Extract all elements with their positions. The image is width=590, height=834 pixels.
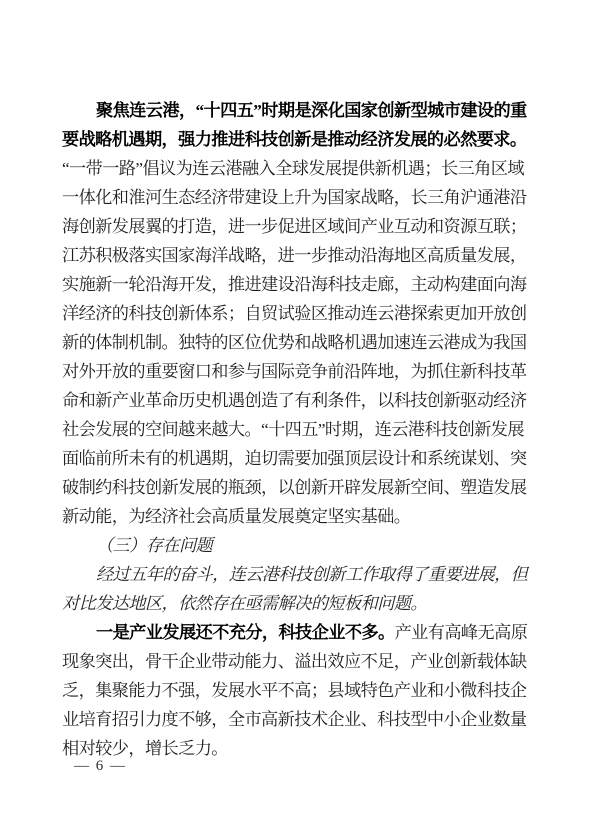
page-footer: — 6 —	[74, 756, 127, 776]
text-line: 一体化和淮河生态经济带建设上升为国家战略，长三角沪通港沿	[62, 183, 530, 212]
document-page: 聚焦连云港，“十四五”时期是深化国家创新型城市建设的重 要战略机遇期，强力推进科…	[0, 0, 590, 834]
text-line: 相对较少，增长乏力。	[62, 734, 530, 763]
document-body: 聚焦连云港，“十四五”时期是深化国家创新型城市建设的重 要战略机遇期，强力推进科…	[62, 96, 530, 763]
issue-lead-bold: 一是产业发展还不充分，科技企业不多。	[96, 623, 395, 642]
text-line: 命和新产业革命历史机遇创造了有利条件，以科技创新驱动经济	[62, 386, 530, 415]
text-line: 经过五年的奋斗，连云港科技创新工作取得了重要进展，但	[62, 560, 530, 589]
text-line: 社会发展的空间越来越大。“十四五”时期，连云港科技创新发展	[62, 415, 530, 444]
text-line: 新动能，为经济社会高质量发展奠定坚实基础。	[62, 502, 530, 531]
text-line: 新的体制机制。独特的区位优势和战略机遇加速连云港成为我国	[62, 328, 530, 357]
text-line: 业培育招引力度不够，全市高新技术企业、科技型中小企业数量	[62, 705, 530, 734]
section-heading: （三）存在问题	[62, 531, 530, 560]
issue-lead-rest: 产业有高峰无高原	[395, 623, 528, 642]
text-line: 一是产业发展还不充分，科技企业不多。产业有高峰无高原	[62, 618, 530, 647]
text-line: 海创新发展翼的打造，进一步促进区域间产业互动和资源互联；	[62, 212, 530, 241]
text-line: 江苏积极落实国家海洋战略，进一步推动沿海地区高质量发展，	[62, 241, 530, 270]
text-line: 聚焦连云港，“十四五”时期是深化国家创新型城市建设的重	[62, 96, 530, 125]
text-line: 现象突出，骨干企业带动能力、溢出效应不足，产业创新载体缺	[62, 647, 530, 676]
text-line: 要战略机遇期，强力推进科技创新是推动经济发展的必然要求。	[62, 125, 530, 154]
text-line: “一带一路”倡议为连云港融入全球发展提供新机遇；长三角区域	[62, 154, 530, 183]
text-line: 洋经济的科技创新体系；自贸试验区推动连云港探索更加开放创	[62, 299, 530, 328]
text-line: 乏，集聚能力不强，发展水平不高；县域特色产业和小微科技企	[62, 676, 530, 705]
text-line: 破制约科技创新发展的瓶颈，以创新开辟发展新空间、塑造发展	[62, 473, 530, 502]
text-line: 对外开放的重要窗口和参与国际竞争前沿阵地，为抓住新科技革	[62, 357, 530, 386]
page-number: — 6 —	[74, 758, 127, 774]
text-line: 面临前所未有的机遇期，迫切需要加强顶层设计和系统谋划、突	[62, 444, 530, 473]
text-line: 对比发达地区，依然存在亟需解决的短板和问题。	[62, 589, 530, 618]
text-line: 实施新一轮沿海开发，推进建设沿海科技走廊，主动构建面向海	[62, 270, 530, 299]
